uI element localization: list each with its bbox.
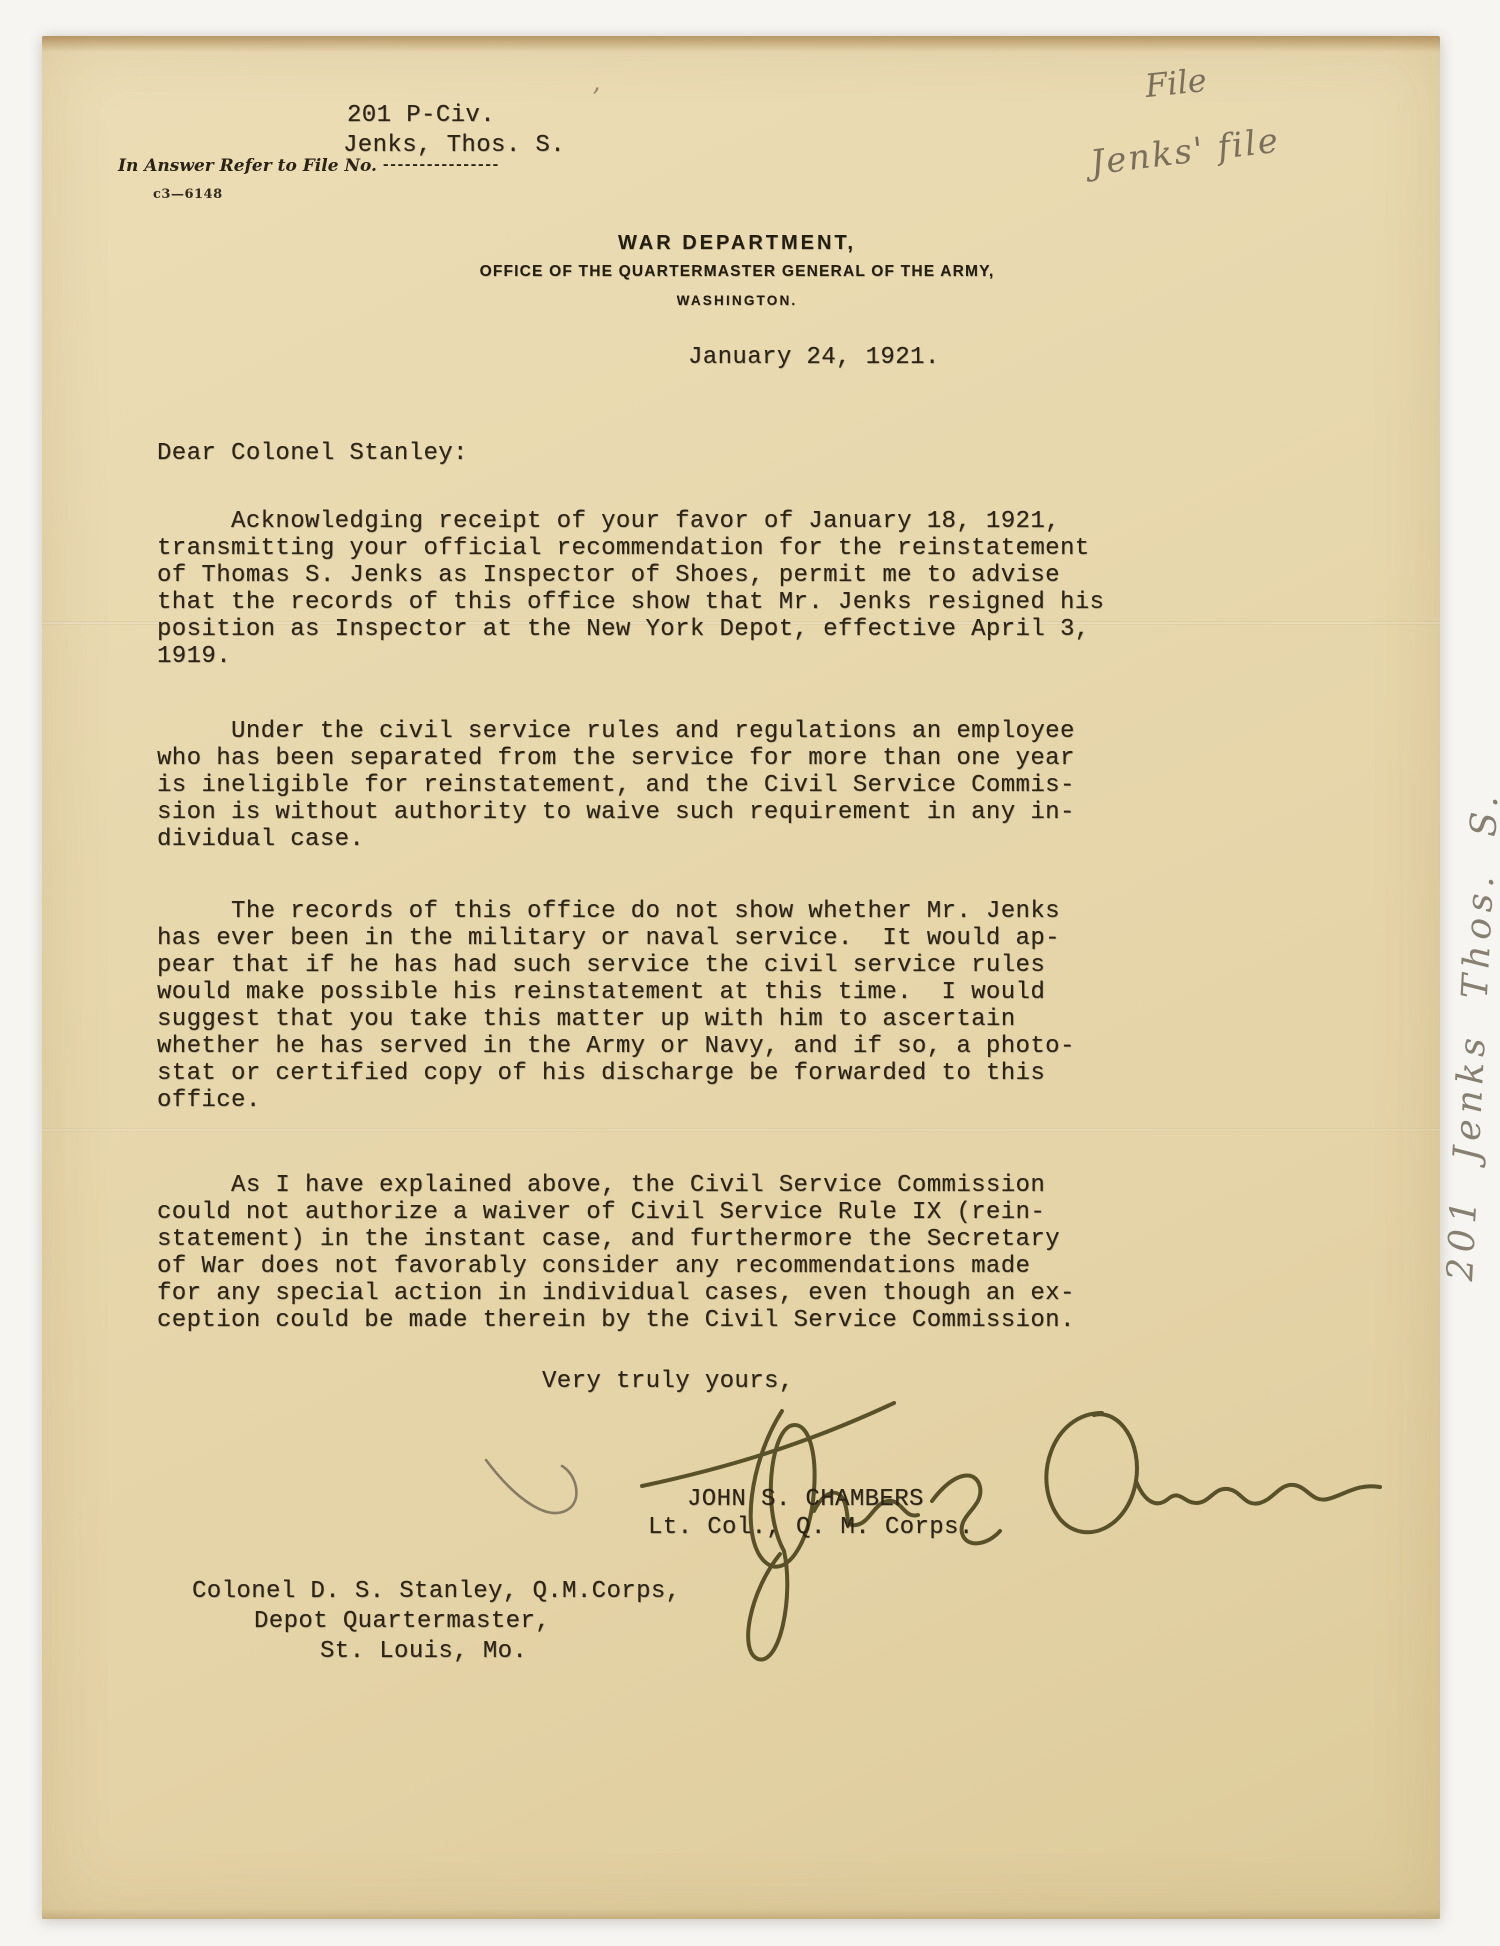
file-reference-line-1: 201 P-Civ.	[347, 102, 495, 129]
pencil-check-stroke	[478, 1438, 628, 1548]
recipient-line-1: Colonel D. S. Stanley, Q.M.Corps,	[192, 1578, 680, 1605]
signer-title: Lt. Col., Q. M. Corps.	[648, 1514, 974, 1541]
body-paragraph-2: Under the civil service rules and regula…	[157, 718, 1075, 853]
scanned-letter-page: { "document": { "file_reference": { "lin…	[0, 0, 1500, 1946]
pencil-stray-mark: ʼ	[591, 84, 599, 114]
handwritten-note-jenks-file: Jenks' file	[1088, 121, 1282, 184]
letterhead-office-line: OFFICE OF THE QUARTERMASTER GENERAL OF T…	[42, 263, 1432, 281]
paper-fold-crease-lower	[42, 1128, 1440, 1132]
signer-typed-name: JOHN S. CHAMBERS	[687, 1486, 924, 1513]
body-paragraph-4: As I have explained above, the Civil Ser…	[157, 1172, 1075, 1334]
body-paragraph-1: Acknowledging receipt of your favor of J…	[157, 508, 1104, 670]
letterhead-war-department: WAR DEPARTMENT,	[42, 232, 1432, 255]
refer-to-file-label: In Answer Refer to File No.	[118, 156, 377, 176]
right-margin-filing-note-text: 201 Jenks Thos. S.	[1440, 789, 1500, 1282]
refer-to-file-blank: ----------------	[383, 157, 500, 173]
form-number: c3—6148	[153, 187, 223, 202]
letter-date: January 24, 1921.	[688, 344, 940, 371]
salutation: Dear Colonel Stanley:	[157, 440, 468, 467]
letterhead-washington: WASHINGTON.	[42, 293, 1432, 308]
refer-to-file-line: In Answer Refer to File No. ------------…	[118, 156, 500, 176]
letter-paper: 201 P-Civ. Jenks, Thos. S. In Answer Ref…	[42, 36, 1440, 1919]
body-paragraph-3: The records of this office do not show w…	[157, 898, 1075, 1114]
recipient-line-3: St. Louis, Mo.	[320, 1638, 527, 1665]
right-margin-filing-note: 201 Jenks Thos. S.	[1354, 648, 1454, 1288]
recipient-line-2: Depot Quartermaster,	[254, 1608, 550, 1635]
handwritten-note-file: File	[1143, 61, 1208, 105]
file-reference-line-2: Jenks, Thos. S.	[343, 132, 565, 159]
